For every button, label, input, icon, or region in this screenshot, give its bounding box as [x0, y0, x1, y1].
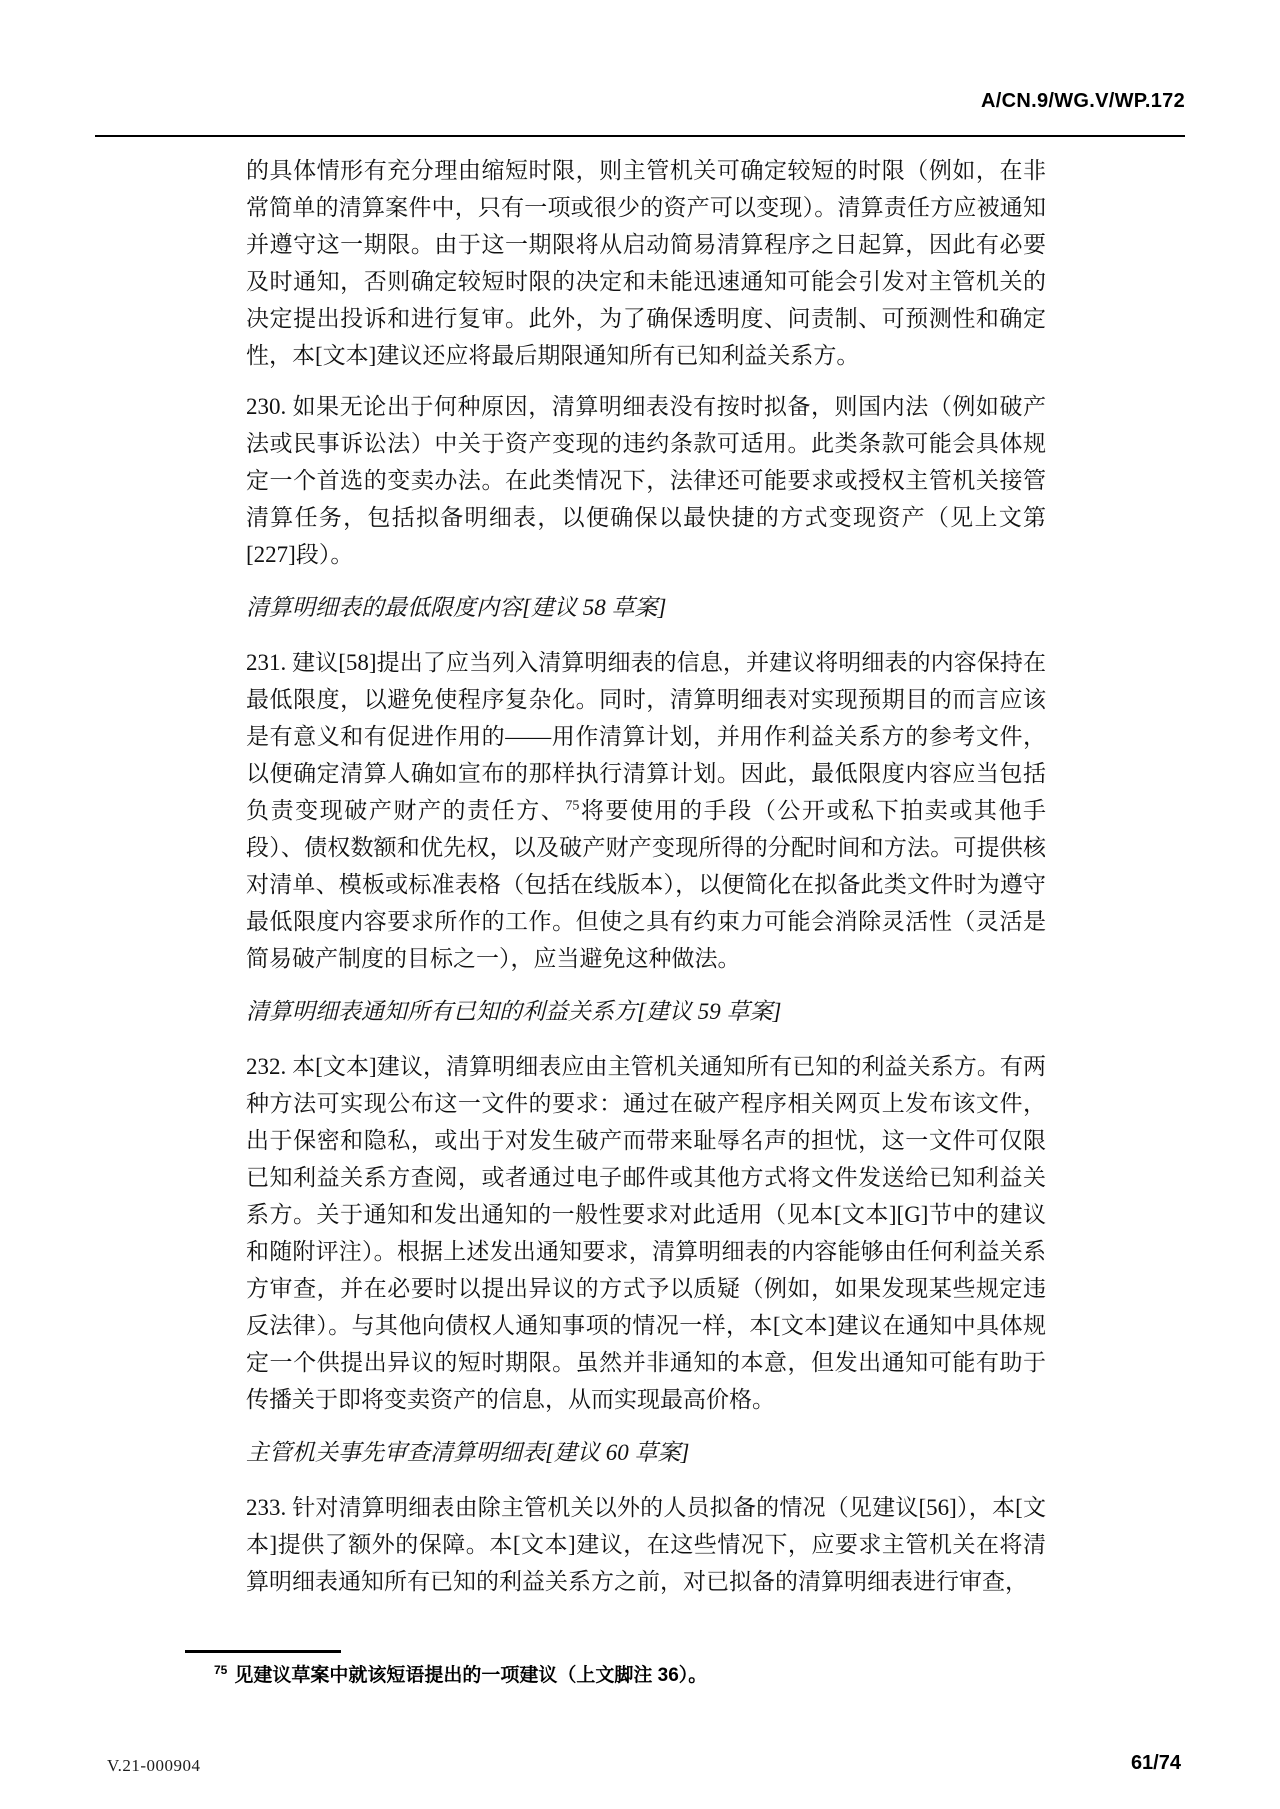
- footnote-75-text: 见建议草案中就该短语提出的一项建议（上文脚注 36）。: [234, 1665, 707, 1686]
- paragraph-230: 230. 如果无论出于何种原因，清算明细表没有按时拟备，则国内法（例如破产法或民…: [246, 388, 1046, 573]
- footer-job-number: V.21-000904: [107, 1756, 201, 1776]
- footnote-75: 75见建议草案中就该短语提出的一项建议（上文脚注 36）。: [214, 1662, 974, 1689]
- paragraph-232: 232. 本[文本]建议，清算明细表应由主管机关通知所有已知的利益关系方。有两种…: [246, 1048, 1046, 1418]
- document-body: 的具体情形有充分理由缩短时限，则主管机关可确定较短的时限（例如，在非常简单的清算…: [246, 152, 1046, 1614]
- paragraph-233: 233. 针对清算明细表由除主管机关以外的人员拟备的情况（见建议[56]），本[…: [246, 1489, 1046, 1600]
- section-heading-recommendation-59: 清算明细表通知所有已知的利益关系方[建议 59 草案]: [246, 993, 1046, 1030]
- section-heading-recommendation-60: 主管机关事先审查清算明细表[建议 60 草案]: [246, 1434, 1046, 1471]
- document-page: A/CN.9/WG.V/WP.172 的具体情形有充分理由缩短时限，则主管机关可…: [0, 0, 1280, 1809]
- footer-page-number: 61/74: [1131, 1752, 1181, 1775]
- footnote-separator-rule: [185, 1650, 341, 1653]
- footnote-75-marker: 75: [214, 1663, 227, 1677]
- paragraph-231-text-b: 将要使用的手段（公开或私下拍卖或其他手段）、债权数额和优先权，以及破产财产变现所…: [246, 798, 1046, 971]
- document-symbol: A/CN.9/WG.V/WP.172: [981, 90, 1185, 113]
- paragraph-continuation: 的具体情形有充分理由缩短时限，则主管机关可确定较短的时限（例如，在非常简单的清算…: [246, 152, 1046, 374]
- section-heading-recommendation-58: 清算明细表的最低限度内容[建议 58 草案]: [246, 589, 1046, 626]
- paragraph-231: 231. 建议[58]提出了应当列入清算明细表的信息，并建议将明细表的内容保持在…: [246, 644, 1046, 977]
- header-rule: [95, 135, 1185, 137]
- footnote-reference-75: 75: [565, 798, 579, 813]
